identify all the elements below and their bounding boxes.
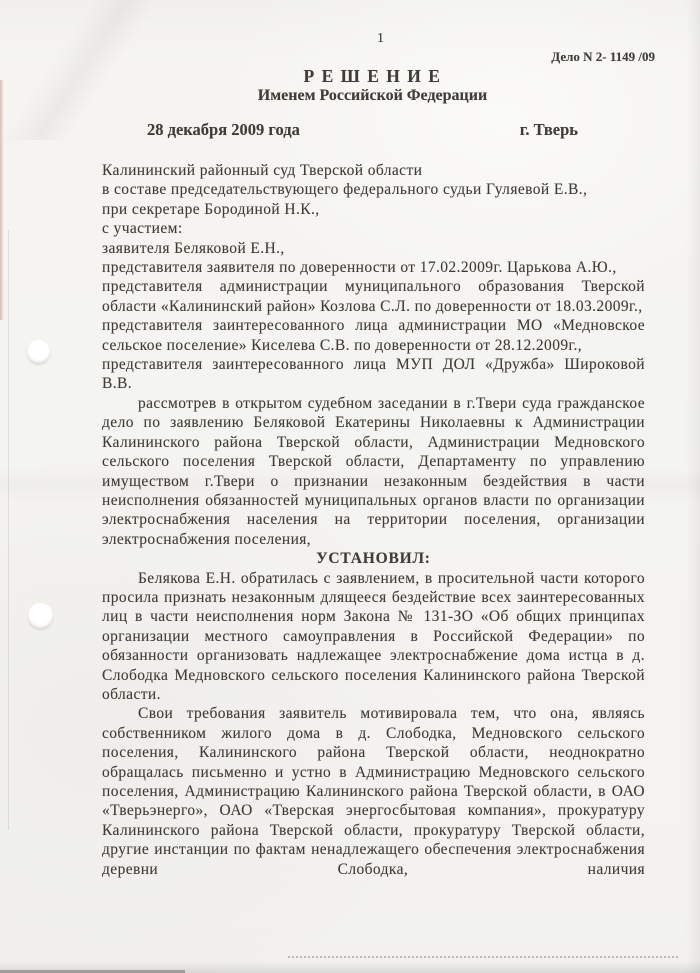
document-subtitle: Именем Российской Федерации: [100, 86, 645, 106]
case-number: Дело N 2- 1149 /09: [551, 49, 655, 65]
dotted-line: [288, 956, 678, 958]
scan-edge-artifact: [0, 80, 4, 320]
intro-line-secretary: при секретаре Бородиной Н.К.,: [102, 200, 645, 219]
intro-line-participants: с участием:: [102, 219, 645, 238]
intro-line-judge: в составе председательствующего федераль…: [102, 180, 645, 199]
intro-case-summary: рассмотрев в открытом судебном заседании…: [102, 394, 645, 549]
scanned-page: 1 Дело N 2- 1149 /09 Р Е Ш Е Н И Е Имене…: [0, 0, 700, 973]
hole-punch: [27, 340, 50, 363]
scan-edge-line: [8, 230, 9, 830]
hole-punch: [28, 603, 53, 628]
intro-line-applicant: заявителя Беляковой Е.Н.,: [102, 239, 645, 258]
document-body: Калининский районный суд Тверской област…: [102, 161, 645, 879]
section-heading-ustanovil: УСТАНОВИЛ:: [102, 549, 645, 568]
intro-line-district-admin-representative: представителя администрации муниципально…: [102, 277, 645, 316]
scan-edge-shade: [686, 0, 700, 973]
page-number: 1: [377, 31, 384, 47]
paragraph-application: Белякова Е.Н. обратилась с заявлением, в…: [102, 569, 645, 705]
decision-city: г. Тверь: [520, 120, 578, 140]
intro-line-settlement-admin-representative: представителя заинтересованного лица адм…: [102, 316, 645, 355]
intro-line-mup-representative: представителя заинтересованного лица МУП…: [102, 355, 645, 394]
decision-date: 28 декабря 2009 года: [147, 120, 300, 140]
date-place-line: 28 декабря 2009 года г. Тверь: [147, 120, 578, 140]
paragraph-motivation: Свои требования заявитель мотивировала т…: [102, 704, 645, 879]
document-heading: Р Е Ш Е Н И Е Именем Российской Федераци…: [100, 66, 645, 106]
document-title: Р Е Ш Е Н И Е: [100, 66, 645, 86]
intro-line-court: Калининский районный суд Тверской област…: [102, 161, 645, 180]
intro-line-applicant-representative: представителя заявителя по доверенности …: [102, 258, 645, 277]
